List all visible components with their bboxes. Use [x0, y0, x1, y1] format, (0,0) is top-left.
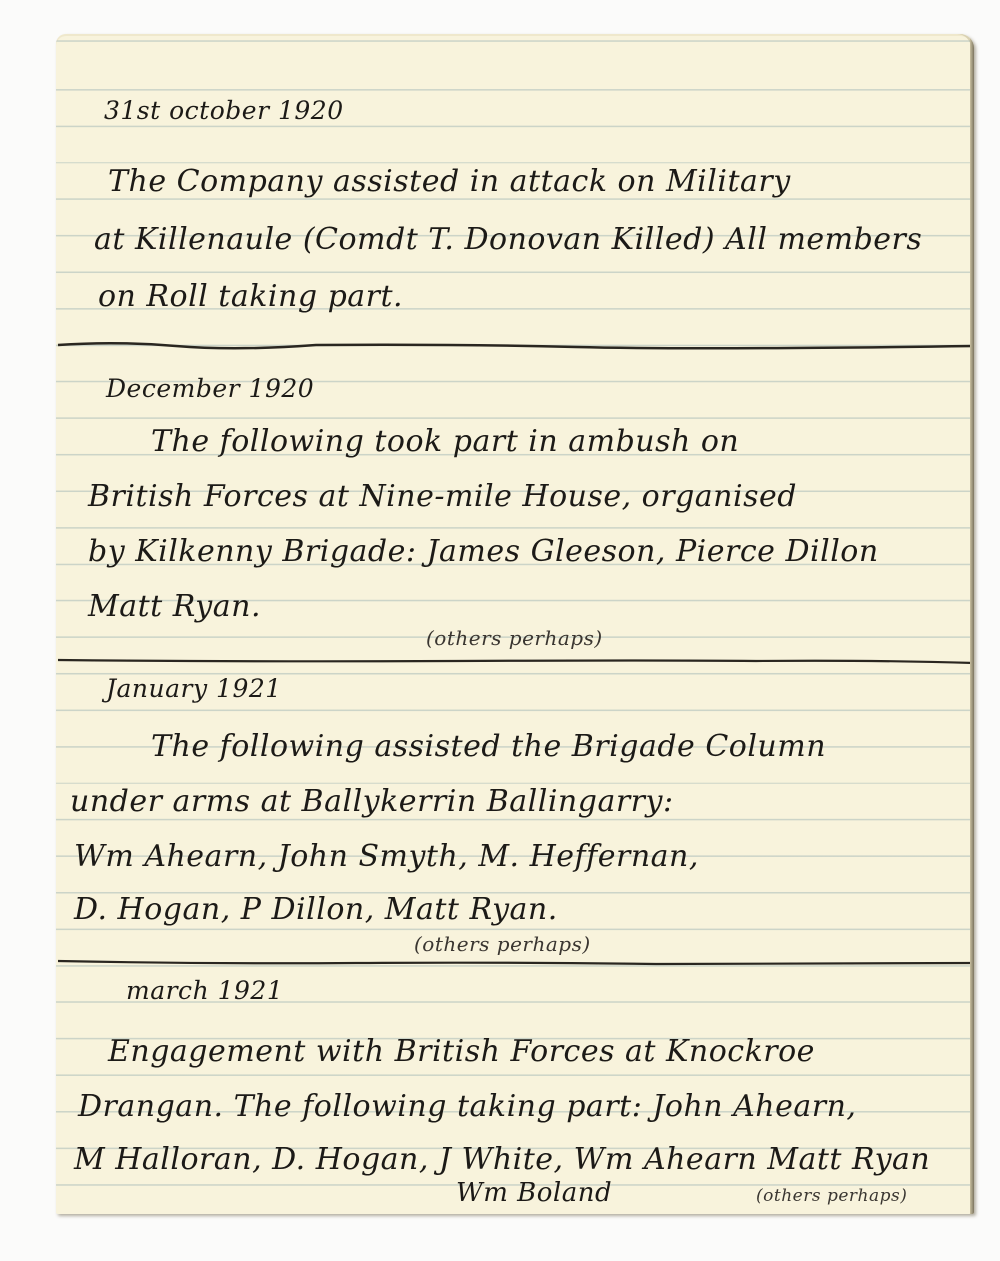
entry-line: Engagement with British Forces at Knockr…: [108, 1034, 815, 1069]
entry-line: Wm Ahearn, John Smyth, M. Heffernan,: [74, 839, 699, 874]
notebook-page: ​ 31st october 1920 The Company assisted…: [56, 34, 974, 1214]
entry-line: The following took part in ambush on: [151, 424, 739, 459]
entry-line: M Halloran, D. Hogan, J White, Wm Ahearn…: [74, 1142, 930, 1177]
entry-line: British Forces at Nine-mile House, organ…: [88, 479, 797, 514]
entry-line: Wm Boland: [456, 1178, 612, 1208]
entry-line: under arms at Ballykerrin Ballingarry:: [70, 784, 674, 819]
entry-line: by Kilkenny Brigade: James Gleeson, Pier…: [88, 534, 879, 569]
entry-line: D. Hogan, P Dillon, Matt Ryan.: [74, 892, 558, 927]
entry-date-oct-1920: 31st october 1920: [104, 96, 344, 125]
entry-line: on Roll taking part.: [98, 279, 403, 314]
entry-date-dec-1920: December 1920: [106, 374, 314, 403]
entry-line: Drangan. The following taking part: John…: [78, 1089, 856, 1124]
entry-separator: [56, 656, 974, 664]
entry-line: Matt Ryan.: [88, 589, 261, 624]
entry-separator: [56, 340, 974, 348]
entry-date-mar-1921: march 1921: [126, 976, 283, 1005]
entry-line: The following assisted the Brigade Colum…: [151, 729, 826, 764]
entry-note: (others perhaps): [756, 1186, 907, 1206]
entry-note: (others perhaps): [426, 626, 603, 650]
entry-date-jan-1921: January 1921: [106, 674, 282, 703]
entry-separator: [56, 958, 974, 966]
entry-note: (others perhaps): [414, 932, 591, 956]
entry-line: The Company assisted in attack on Milita…: [108, 164, 791, 199]
entry-line: at Killenaule (Comdt T. Donovan Killed) …: [94, 222, 922, 257]
